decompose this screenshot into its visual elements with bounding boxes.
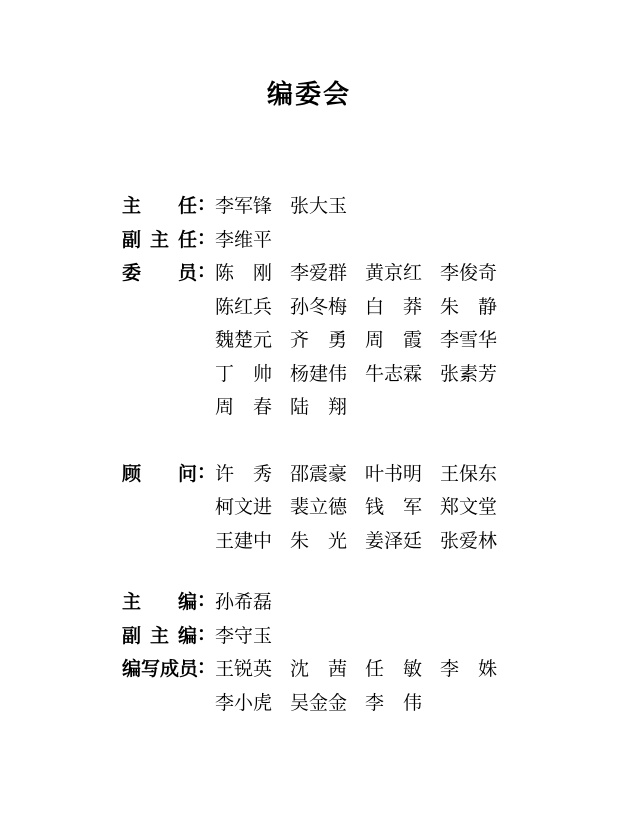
name-list: 许秀 邵震豪 叶书明 王保东 (215, 459, 497, 486)
member-name: 裴立德 (290, 492, 347, 519)
member-name: 郑文堂 (440, 492, 497, 519)
member-name: 沈茜 (290, 654, 347, 681)
member-name: 任敏 (365, 654, 422, 681)
editorial-board-page: 编委会 主任 ： 李军锋 张大玉 副主任 ： 李维平 委员 (0, 0, 638, 838)
board-row-members: 委员 ： 陈刚 李爱群 黄京红 李俊奇 (122, 255, 498, 289)
role-label-deputy-director: 副主任 (122, 225, 197, 252)
member-name: 孙希磊 (215, 587, 272, 614)
member-name: 张大玉 (290, 191, 347, 218)
name-list: 王锐英 沈茜 任敏 李姝 (215, 654, 497, 681)
board-row-writers-cont: 李小虎 吴金金 李伟 (122, 685, 498, 719)
member-name: 邵震豪 (290, 459, 347, 486)
board-row-director: 主任 ： 李军锋 张大玉 (122, 188, 498, 222)
member-name: 李雪华 (440, 325, 497, 352)
member-name: 陆翔 (290, 392, 347, 419)
member-name: 王建中 (215, 526, 272, 553)
member-name: 牛志霖 (365, 359, 422, 386)
board-row-advisors-cont: 柯文进 裴立德 钱军 郑文堂 (122, 489, 498, 523)
colon: ： (197, 591, 215, 610)
board-row-members-cont: 陈红兵 孙冬梅 白莽 朱静 (122, 289, 498, 323)
board-row-chief-editor: 主编 ： 孙希磊 (122, 584, 498, 618)
colon: ： (197, 658, 215, 677)
content-block: 编委会 主任 ： 李军锋 张大玉 副主任 ： 李维平 委员 (122, 0, 498, 718)
name-list: 丁帅 杨建伟 牛志霖 张素芳 (215, 359, 497, 386)
name-list: 陈刚 李爱群 黄京红 李俊奇 (215, 258, 497, 285)
board-row-deputy-director: 副主任 ： 李维平 (122, 222, 498, 256)
member-name: 李伟 (365, 688, 422, 715)
member-name: 许秀 (215, 459, 272, 486)
member-name: 叶书明 (365, 459, 422, 486)
member-name: 陈刚 (215, 258, 272, 285)
colon: ： (197, 229, 215, 248)
board-row-members-cont: 周春 陆翔 (122, 389, 498, 423)
board-row-writers: 编写成员 ： 王锐英 沈茜 任敏 李姝 (122, 651, 498, 685)
name-list: 陈红兵 孙冬梅 白莽 朱静 (215, 292, 497, 319)
member-name: 张素芳 (440, 359, 497, 386)
name-list: 王建中 朱光 姜泽廷 张爱林 (215, 526, 497, 553)
member-name: 齐勇 (290, 325, 347, 352)
member-name: 黄京红 (365, 258, 422, 285)
member-name: 孙冬梅 (290, 292, 347, 319)
member-name: 柯文进 (215, 492, 272, 519)
name-list: 柯文进 裴立德 钱军 郑文堂 (215, 492, 497, 519)
board-row-deputy-editor: 副主编 ： 李守玉 (122, 618, 498, 652)
member-name: 李军锋 (215, 191, 272, 218)
member-name: 张爱林 (440, 526, 497, 553)
member-name: 李姝 (440, 654, 497, 681)
member-name: 王保东 (440, 459, 497, 486)
board-list: 主任 ： 李军锋 张大玉 副主任 ： 李维平 委员 ： 陈刚 (122, 188, 498, 718)
member-name: 李维平 (215, 225, 272, 252)
member-name: 钱军 (365, 492, 422, 519)
member-name: 李俊奇 (440, 258, 497, 285)
role-label-director: 主任 (122, 191, 197, 218)
name-list: 李小虎 吴金金 李伟 (215, 688, 422, 715)
name-list: 李维平 (215, 225, 272, 252)
member-name: 魏楚元 (215, 325, 272, 352)
board-row-members-cont: 魏楚元 齐勇 周霞 李雪华 (122, 322, 498, 356)
board-row-advisors-cont: 王建中 朱光 姜泽廷 张爱林 (122, 523, 498, 557)
member-name: 朱静 (440, 292, 497, 319)
colon: ： (197, 625, 215, 644)
role-label-advisors: 顾问 (122, 459, 197, 486)
colon: ： (197, 195, 215, 214)
member-name: 周春 (215, 392, 272, 419)
member-name: 朱光 (290, 526, 347, 553)
name-list: 李军锋 张大玉 (215, 191, 347, 218)
member-name: 吴金金 (290, 688, 347, 715)
colon: ： (197, 262, 215, 281)
member-name: 周霞 (365, 325, 422, 352)
member-name: 陈红兵 (215, 292, 272, 319)
member-name: 李小虎 (215, 688, 272, 715)
member-name: 杨建伟 (290, 359, 347, 386)
role-label-deputy-editor: 副主编 (122, 621, 197, 648)
role-label-writers: 编写成员 (122, 654, 197, 681)
member-name: 白莽 (365, 292, 422, 319)
name-list: 周春 陆翔 (215, 392, 347, 419)
role-label-members: 委员 (122, 258, 197, 285)
name-list: 孙希磊 (215, 587, 272, 614)
page-title: 编委会 (122, 80, 496, 110)
role-label-chief-editor: 主编 (122, 587, 197, 614)
board-row-members-cont: 丁帅 杨建伟 牛志霖 张素芳 (122, 356, 498, 390)
member-name: 王锐英 (215, 654, 272, 681)
member-name: 姜泽廷 (365, 526, 422, 553)
name-list: 李守玉 (215, 621, 272, 648)
member-name: 李守玉 (215, 621, 272, 648)
member-name: 李爱群 (290, 258, 347, 285)
colon: ： (197, 463, 215, 482)
board-row-advisors: 顾问 ： 许秀 邵震豪 叶书明 王保东 (122, 456, 498, 490)
name-list: 魏楚元 齐勇 周霞 李雪华 (215, 325, 497, 352)
member-name: 丁帅 (215, 359, 272, 386)
